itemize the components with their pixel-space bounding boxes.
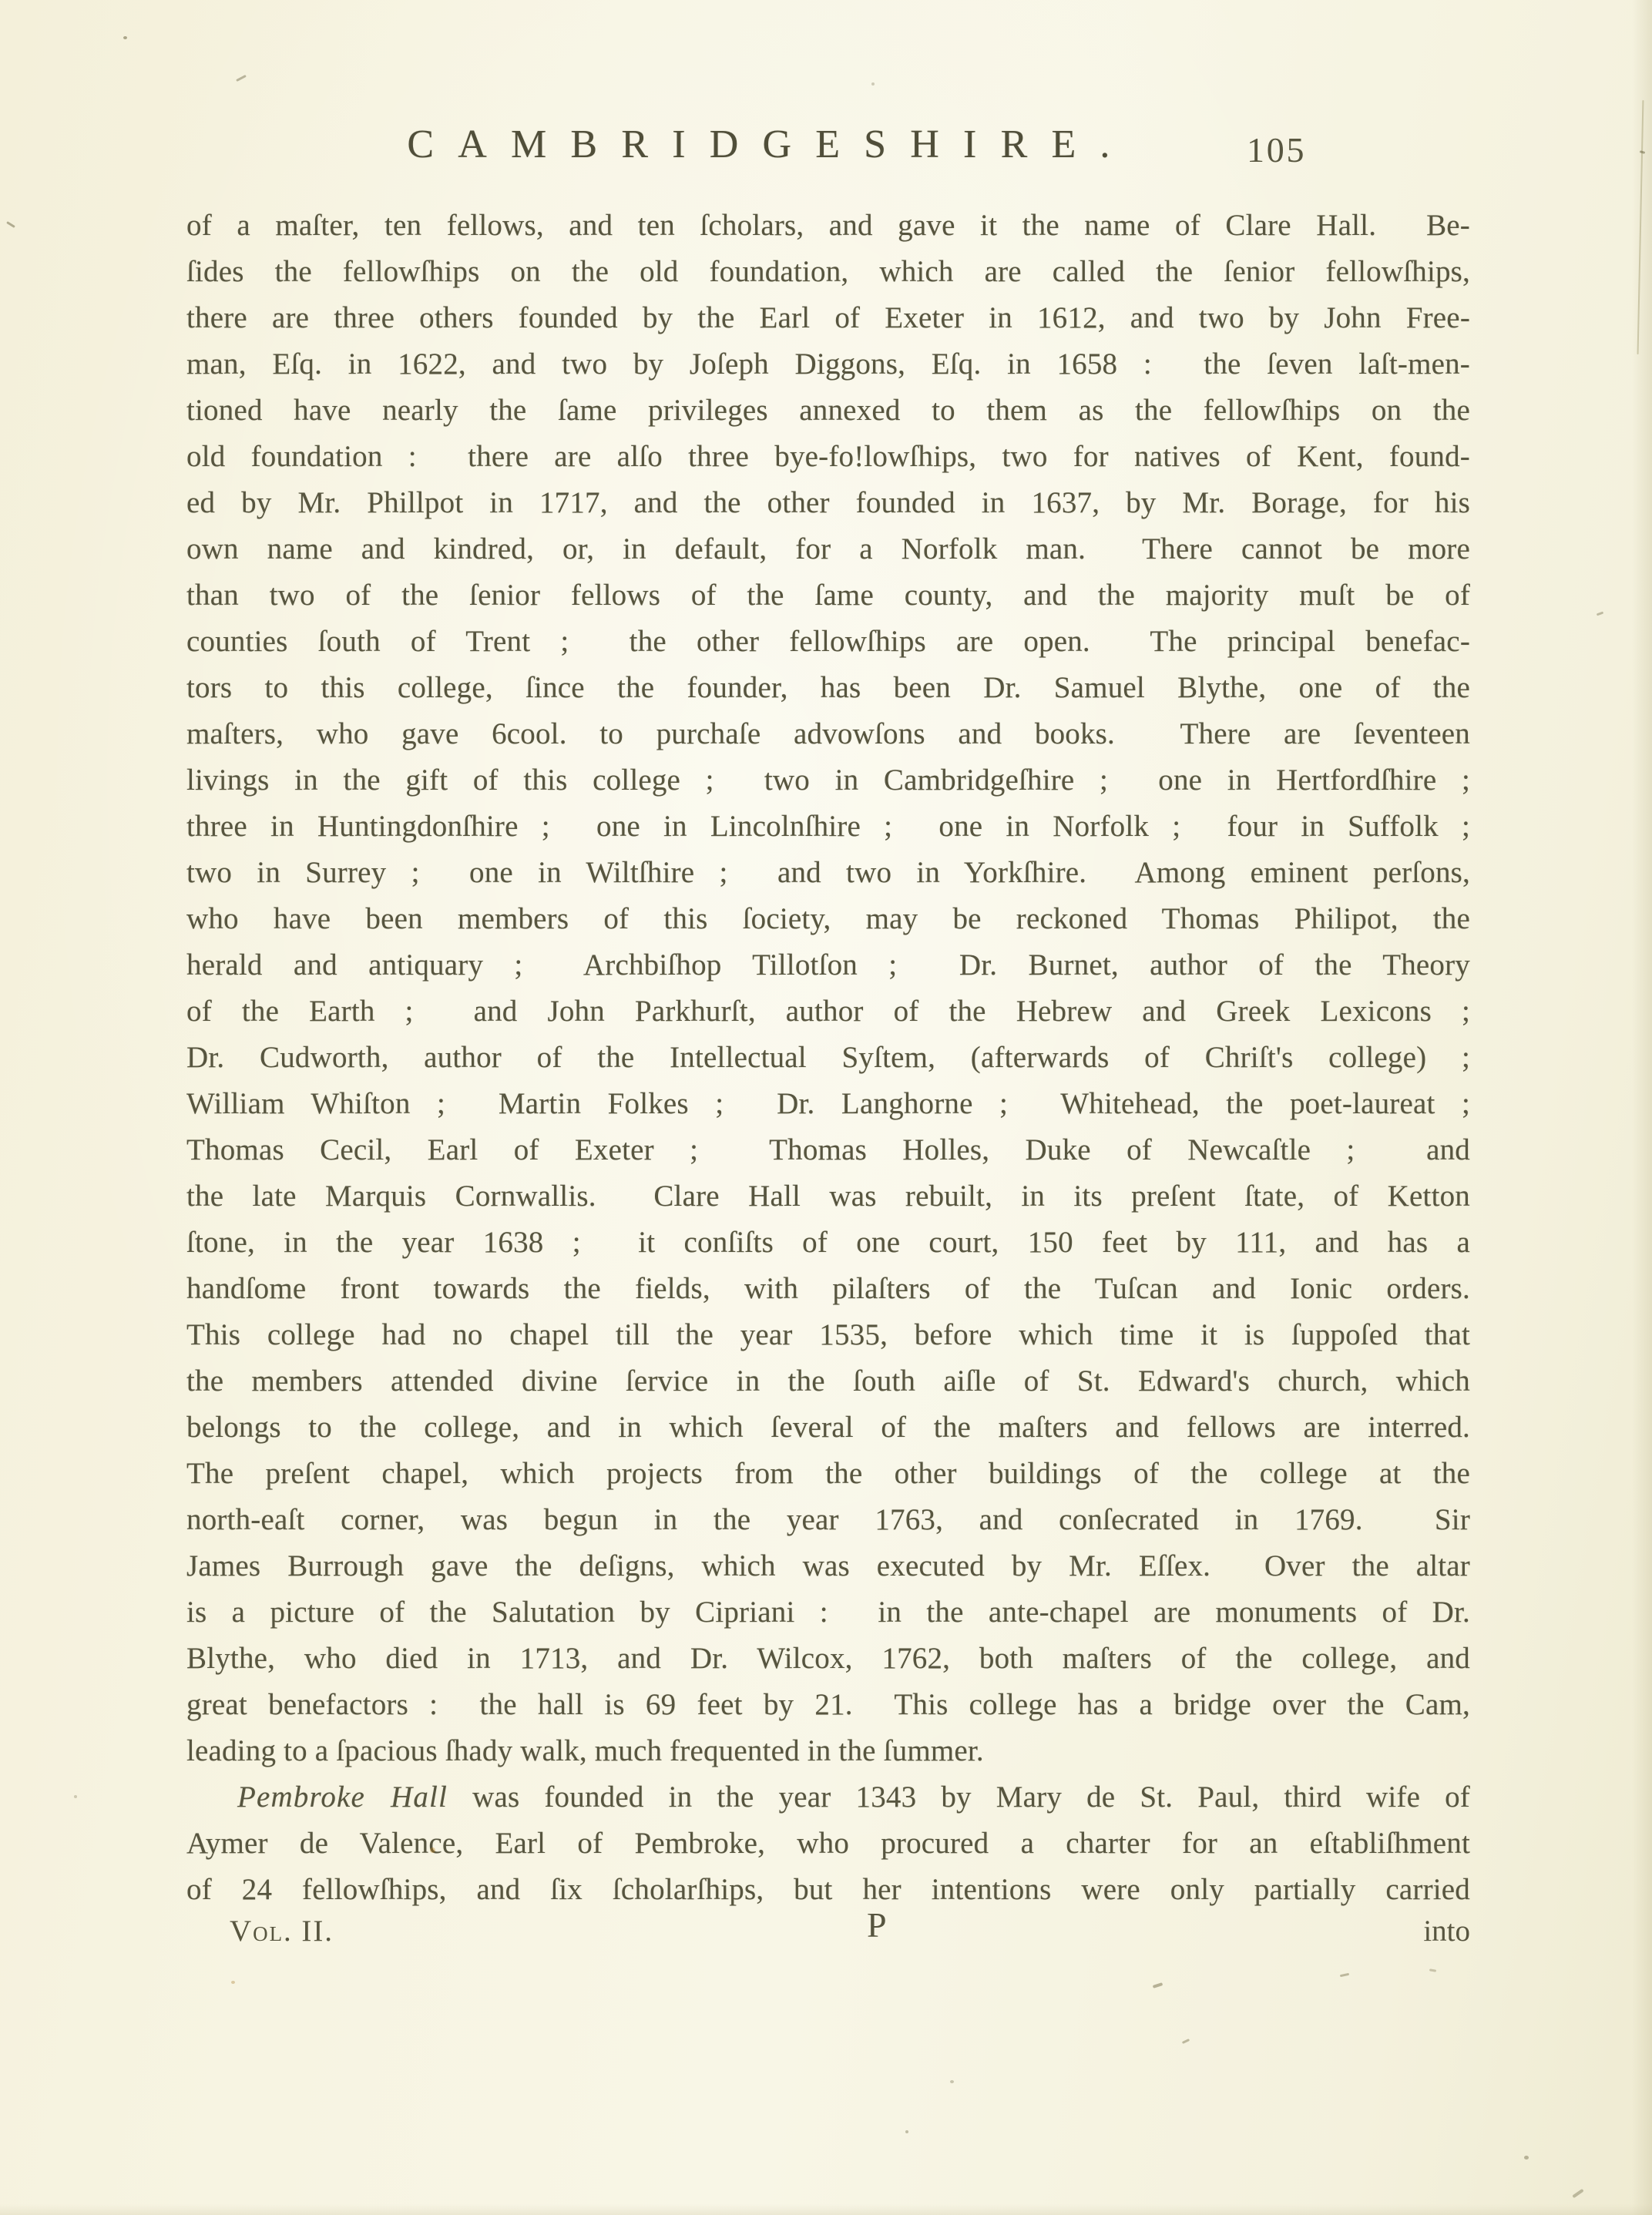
text-line: man, Eſq. in 1622, and two by Joſeph Dig… <box>186 341 1470 388</box>
text-line: old foundation : there are alſo three by… <box>186 434 1470 480</box>
text-line: herald and antiquary ; Archbiſhop Tillot… <box>186 942 1470 988</box>
text-line: the late Marquis Cornwallis. Clare Hall … <box>186 1173 1470 1220</box>
text-line: leading to a ſpacious ſhady walk, much f… <box>186 1728 1470 1774</box>
text-line: is a picture of the Salutation by Cipria… <box>186 1589 1470 1636</box>
paper-speck <box>1153 1982 1163 1988</box>
text-line: This college had no chapel till the year… <box>186 1312 1470 1358</box>
paper-speck <box>905 2130 908 2133</box>
paper-speck <box>1597 612 1603 616</box>
text-line: Aymer de Valence, Earl of Pembroke, who … <box>186 1821 1470 1867</box>
page-footer: Vol. II. P into <box>186 1908 1470 1955</box>
text-line: ſtone, in the year 1638 ; it conſiſts of… <box>186 1220 1470 1266</box>
text-line: James Burrough gave the deſigns, which w… <box>186 1543 1470 1589</box>
text-line: who have been members of this ſociety, m… <box>186 896 1470 942</box>
text-line: tors to this college, ſince the founder,… <box>186 665 1470 711</box>
paper-speck <box>231 1981 235 1984</box>
paper-speck <box>430 1848 435 1853</box>
text-line: The preſent chapel, which projects from … <box>186 1451 1470 1497</box>
text-line: north-eaſt corner, was begun in the year… <box>186 1497 1470 1543</box>
text-line: ed by Mr. Phillpot in 1717, and the othe… <box>186 480 1470 526</box>
text-line: own name and kindred, or, in default, fo… <box>186 526 1470 572</box>
paper-speck <box>950 2080 954 2083</box>
page-edge-shade-right <box>1632 0 1652 2215</box>
text-line: Blythe, who died in 1713, and Dr. Wilcox… <box>186 1636 1470 1682</box>
text-line: than two of the ſenior fellows of the ſa… <box>186 572 1470 619</box>
paper-speck <box>1429 1968 1436 1972</box>
paper-speck <box>871 82 875 86</box>
text-line: of 24 fellowſhips, and ſix ſcholarſhips,… <box>186 1867 1470 1913</box>
catchword: into <box>1423 1908 1470 1955</box>
text-line: maſters, who gave 6cool. to purchaſe adv… <box>186 711 1470 757</box>
text-line: Thomas Cecil, Earl of Exeter ; Thomas Ho… <box>186 1127 1470 1173</box>
volume-label: Vol. II. <box>230 1908 334 1955</box>
page-edge-shade-bottom <box>0 2204 1652 2215</box>
text-line: two in Surrey ; one in Wiltſhire ; and t… <box>186 850 1470 896</box>
text-line: handſome front towards the fields, with … <box>186 1266 1470 1312</box>
text-line: Dr. Cudworth, author of the Intellectual… <box>186 1035 1470 1081</box>
text-line: great benefactors : the hall is 69 feet … <box>186 1682 1470 1728</box>
text-line: counties ſouth of Trent ; the other fell… <box>186 619 1470 665</box>
text-line: belongs to the college, and in which ſev… <box>186 1405 1470 1451</box>
text-line: William Whiſton ; Martin Folkes ; Dr. La… <box>186 1081 1470 1127</box>
text-line: there are three others founded by the Ea… <box>186 295 1470 341</box>
page-number: 105 <box>1247 129 1306 170</box>
paper-speck <box>1182 2039 1190 2044</box>
text-line: tioned have nearly the ſame privileges a… <box>186 388 1470 434</box>
paper-speck <box>1572 2189 1583 2198</box>
text-line: Pembroke Hall was founded in the year 13… <box>186 1774 1470 1821</box>
text-line: the members attended divine ſervice in t… <box>186 1358 1470 1405</box>
book-page: CAMBRIDGESHIRE. 105 of a maſter, ten fel… <box>0 0 1652 2215</box>
italic-text: Pembroke Hall <box>237 1780 448 1814</box>
page-header-title: CAMBRIDGESHIRE. <box>0 122 1541 167</box>
paper-speck <box>123 36 127 39</box>
text-line: of a maſter, ten fellows, and ten ſchola… <box>186 203 1470 249</box>
paper-speck <box>74 1795 77 1798</box>
paper-speck <box>236 75 247 82</box>
text-line: ſides the fellowſhips on the old foundat… <box>186 249 1470 295</box>
paper-speck <box>6 221 15 228</box>
signature-mark: P <box>867 1901 887 1949</box>
text-line: three in Huntingdonſhire ; one in Lincol… <box>186 804 1470 850</box>
paper-speck <box>1340 1973 1349 1977</box>
text-line: of the Earth ; and John Parkhurſt, autho… <box>186 988 1470 1035</box>
paper-speck <box>1524 2156 1529 2160</box>
text-line: livings in the gift of this college ; tw… <box>186 757 1470 804</box>
body-text: of a maſter, ten fellows, and ten ſchola… <box>186 203 1470 1913</box>
